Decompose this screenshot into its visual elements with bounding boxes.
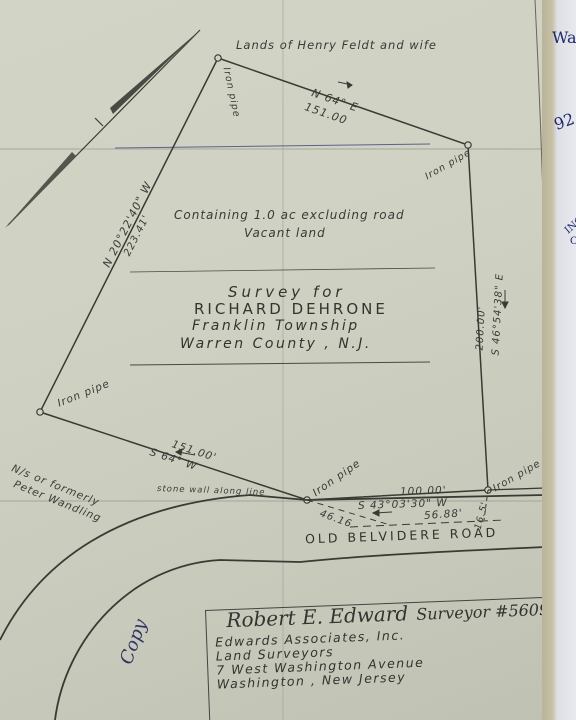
title-township: Franklin Township [192, 318, 360, 334]
adjoiner-north: Lands of Henry Feldt and wife [236, 38, 437, 52]
area-note-line2: Vacant land [244, 226, 326, 240]
title-client: RICHARD DEHRONE [194, 300, 388, 318]
edge-fragment: Wa [552, 28, 576, 47]
surveyor-title-block: Robert E. Edward Surveyor #5609 Edwards … [205, 597, 550, 720]
survey-paper: Lands of Henry Feldt and wife N/s or for… [0, 0, 560, 720]
edge-fragment: 92 [551, 109, 576, 134]
course-south-distance: 100.00' [400, 484, 447, 498]
edge-fragment: O [570, 236, 576, 247]
underlying-page-edge: Wa 92 INC O [542, 0, 576, 720]
title-county: Warren County , N.J. [180, 336, 372, 352]
course-east-distance: 200.00' [475, 306, 488, 351]
title-survey-for: Survey for [228, 283, 346, 301]
surveyor-license: Surveyor #5609 [416, 600, 550, 624]
edge-fragment: INC [563, 215, 576, 237]
north-arrow-icon [5, 30, 200, 228]
area-note-line1: Containing 1.0 ac excluding road [174, 208, 405, 222]
